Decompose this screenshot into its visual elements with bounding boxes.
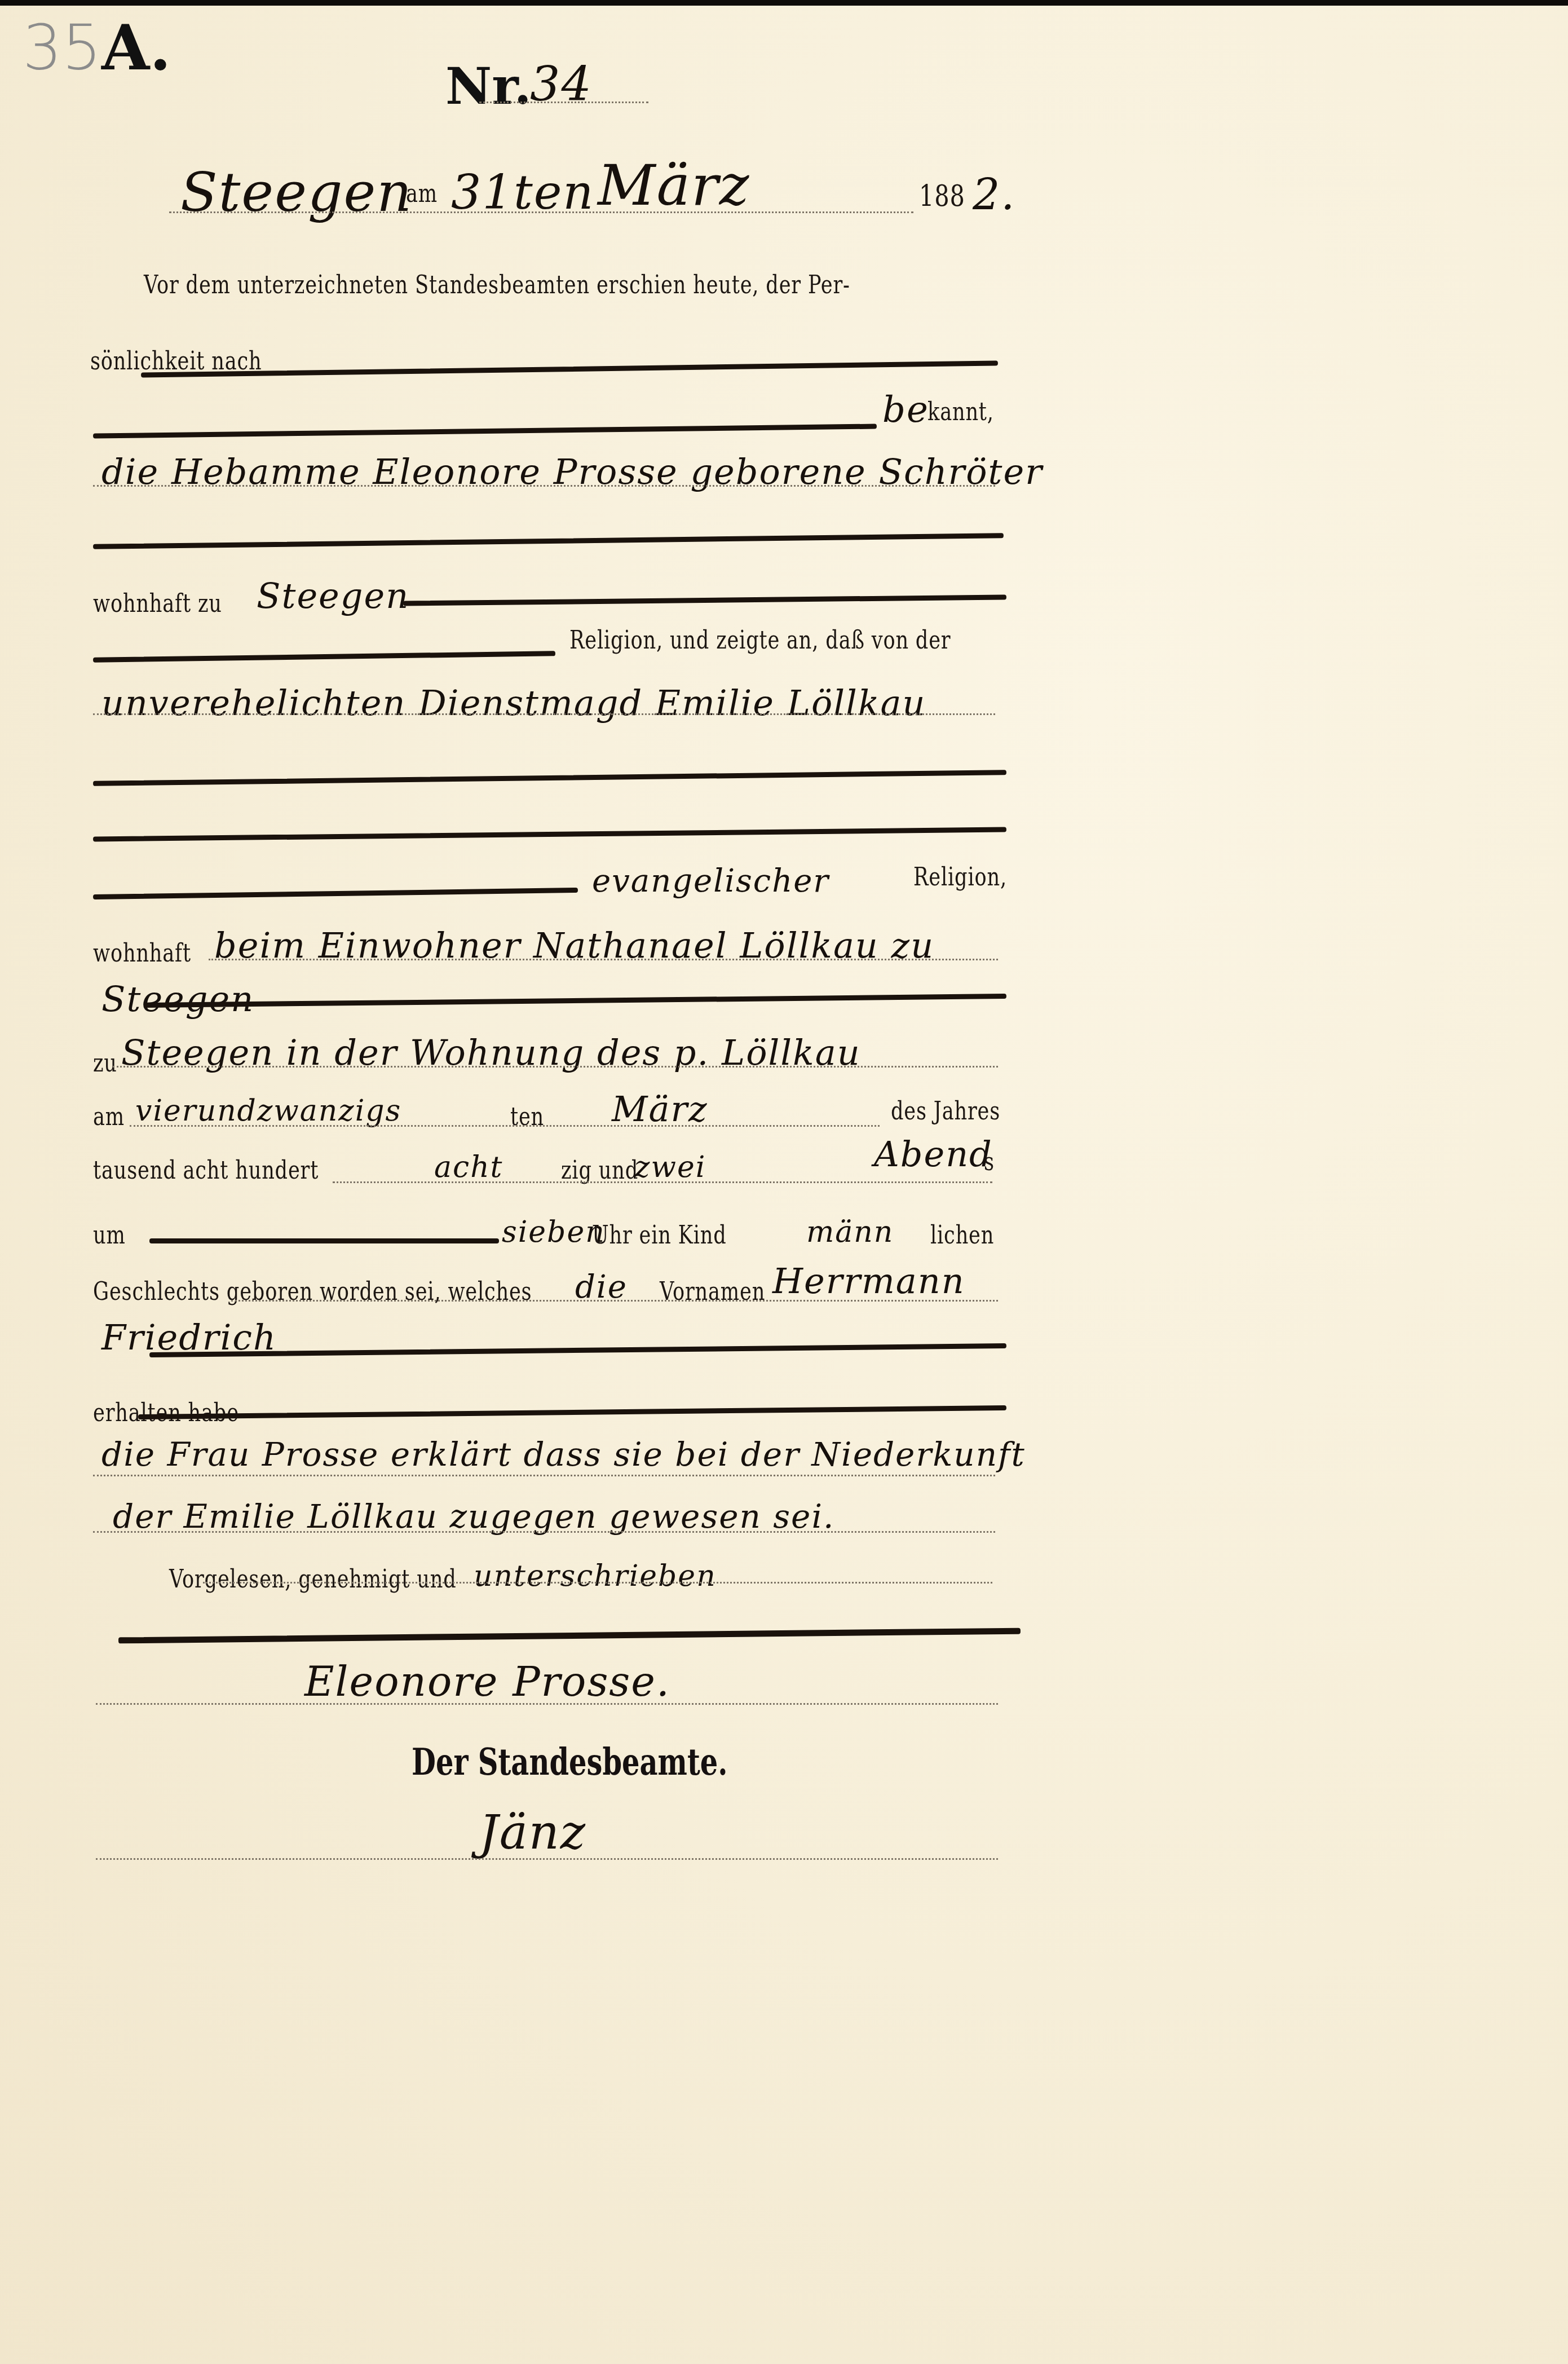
form-am: am [93,1102,125,1131]
mother-field: unverehelichten Dienstmagd Emilie Löllka… [101,682,926,724]
year-handwritten: 2. [973,169,1016,219]
year-printed: 188 [919,179,965,213]
form-uhr-ein-kind: Uhr ein Kind [592,1221,727,1250]
hand-be: be [882,389,929,431]
dots [96,1858,998,1860]
form-tausend: tausend acht hundert [93,1156,319,1185]
mother-residence-place: Steegen [101,978,254,1020]
blank-rule [149,1343,1006,1357]
date-month-field: März [598,152,750,218]
form-des-jahres: des Jahres [891,1097,1000,1126]
approval-field: unterschrieben [474,1559,717,1593]
blank-rule [93,770,1006,786]
year-units-field: zwei [634,1150,706,1184]
form-lichen: lichen [930,1221,994,1250]
signature-separator [118,1628,1021,1644]
entry-number: 34 [530,56,593,112]
sex-field: männ [806,1215,894,1249]
dots [93,485,995,487]
place-field: Steegen [180,161,413,224]
blank-rule [93,888,578,899]
blank-rule [93,827,1006,842]
blank-rule [138,1405,1006,1419]
dots [130,1125,880,1127]
remarks-line-1: die Frau Prosse erklärt dass sie bei der… [101,1435,1026,1474]
blank-rule [403,594,1006,606]
form-religion: Religion, [913,863,1007,892]
blank-rule [144,994,1006,1008]
birth-day-field: vierundzwanzigs [135,1094,401,1128]
form-s: s [984,1148,995,1176]
form-line-16: Geschlechts geboren worden sei, welches [93,1277,532,1306]
dots [93,713,995,715]
form-line-6: Religion, und zeigte an, daß von der [569,626,951,655]
dots [231,1300,998,1302]
date-dots [169,211,913,213]
registrar-signature: Jänz [479,1805,586,1860]
form-wohnhaft-zu: wohnhaft zu [93,589,222,618]
form-um: um [93,1221,126,1250]
entry-number-label: Nr. [445,56,532,116]
blank-rule [141,360,998,377]
hour-field: sieben [502,1215,606,1249]
dots [93,1475,995,1476]
blank-rule [93,424,877,439]
dots [203,1582,992,1584]
dots [333,1181,992,1183]
blank-rule [93,651,555,662]
blank-rule [93,533,1004,549]
form-erhalten-habe: erhalten habe [93,1399,239,1427]
religion-field: evangelischer [592,863,829,899]
dots [93,1531,995,1533]
child-first-name-field: Herrmann [772,1260,965,1302]
pencil-page-number: 35 [23,11,101,83]
date-prefix: am [406,179,438,208]
form-vornamen: Vornamen [660,1277,765,1306]
birth-month-field: März [612,1088,708,1130]
time-of-day-field: Abend [874,1134,993,1175]
form-zu: zu [93,1049,117,1078]
dots [113,1066,998,1068]
form-zig-und: zig und [561,1156,638,1185]
registrar-title: Der Standesbeamte. [412,1740,728,1784]
entry-number-dots [479,102,648,103]
residence-field: Steegen [257,575,409,616]
scan-edge [0,0,1568,6]
form-vorgelesen: Vorgelesen, genehmigt und [169,1565,457,1594]
blank-rule [149,1238,499,1243]
remarks-line-2: der Emilie Löllkau zugegen gewesen sei. [113,1497,834,1536]
form-letter: A. [101,11,171,84]
form-line-1: Vor dem unterzeichneten Standesbeamten e… [144,271,850,299]
dots [209,959,998,960]
form-wohnhaft: wohnhaft [93,939,191,968]
year-tens-field: acht [434,1150,503,1184]
form-ten: ten [510,1102,544,1131]
form-kannt: kannt, [927,398,994,426]
informant-signature: Eleonore Prosse. [304,1658,670,1705]
dots [96,1703,998,1705]
document-page: 35 A. Nr. 34 Steegen am 31ten März 188 2… [0,0,1568,2364]
